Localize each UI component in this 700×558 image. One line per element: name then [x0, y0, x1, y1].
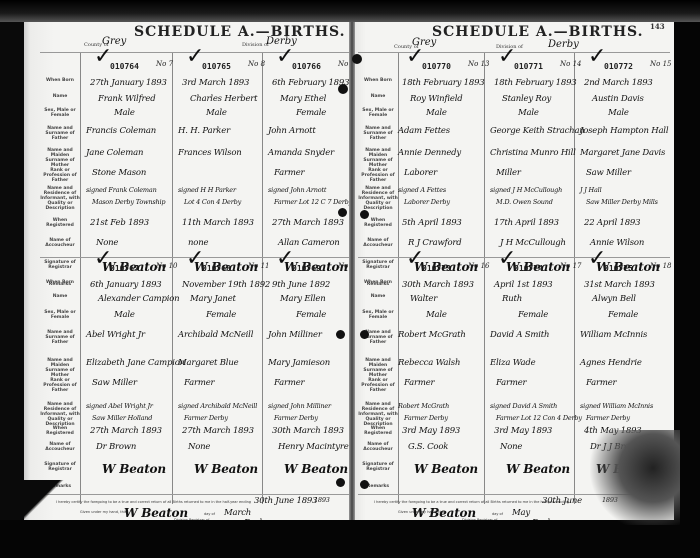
row-label: Rank or Profession of Father [40, 168, 80, 183]
father-name: Abel Wright Jr [86, 330, 145, 340]
registration-number: 010775 [604, 264, 633, 273]
informant-line-2: Farmer Lot 12 Con 4 Derby [496, 414, 582, 422]
father-rank: Laborer [404, 168, 437, 178]
row-label: Sex, Male or Female [40, 108, 80, 118]
father-rank: Miller [496, 168, 521, 178]
entry-number: No 16 [468, 262, 489, 270]
registrar-signature: W Beaton [414, 462, 478, 476]
certification-text: I hereby certify the foregoing to be a t… [56, 500, 251, 504]
father-rank: Stone Mason [92, 168, 146, 178]
father-rank: Farmer [274, 168, 304, 178]
child-sex: Female [518, 310, 548, 320]
informant-line-1: signed Archibald McNeill [178, 402, 257, 410]
row-label: Name and Surname of Father [358, 126, 398, 141]
entry-number: No 11 [248, 262, 269, 270]
when-born: April 1st 1893 [494, 280, 553, 290]
informant-line-2: Farmer Lot 12 C 7 Derby [274, 198, 352, 206]
date-registered: 5th April 1893 [402, 218, 462, 228]
father-name: Joseph Hampton Hall [580, 126, 668, 136]
informant-line-2: Mason Derby Township [92, 198, 165, 206]
registration-number: 010773 [422, 264, 451, 273]
informant-line-2: Saw Miller Derby Mills [586, 198, 658, 206]
child-sex: Female [296, 310, 326, 320]
date-registered: 22 April 1893 [584, 218, 640, 228]
accoucheur: G.S. Cook [408, 442, 448, 452]
father-rank: Farmer [184, 378, 214, 388]
entry-number: No 14 [560, 60, 581, 68]
informant-line-1: J J Hall [580, 186, 601, 194]
father-rank: Saw Miller [586, 168, 631, 178]
row-label: When Registered [358, 218, 398, 228]
child-name: Alexander Campion [98, 294, 179, 304]
row-label: When Registered [40, 218, 80, 228]
child-sex: Male [114, 310, 135, 320]
right-division-value: Derby [548, 39, 579, 50]
child-sex: Male [608, 108, 629, 118]
child-sex: Male [426, 108, 447, 118]
column-rule [398, 52, 399, 504]
row-rule [40, 494, 352, 495]
row-label: When Registered [358, 426, 398, 436]
informant-line-1: signed J H McCullough [490, 186, 562, 194]
father-rank: Farmer [586, 378, 616, 388]
registration-number: 010771 [514, 62, 543, 71]
column-rule [262, 52, 263, 504]
entry-number: No 10 [156, 262, 177, 270]
father-name: George Keith Strachan [490, 126, 585, 136]
when-born: 6th January 1893 [90, 280, 162, 290]
ink-blot [336, 330, 345, 339]
row-label: Name and Maiden Surname of Mother [358, 148, 398, 168]
mother-name: Mary Jamieson [268, 358, 330, 368]
row-label: Rank or Profession of Father [40, 378, 80, 393]
row-label: Name and Maiden Surname of Mother [40, 358, 80, 378]
row-label: When Born [358, 78, 398, 83]
father-rank: Farmer [404, 378, 434, 388]
ink-blot [336, 478, 345, 487]
when-born: 27th January 1893 [90, 78, 167, 88]
row-label: Name [358, 294, 398, 299]
left-division-label: Division of [242, 42, 269, 48]
row-label: Name and Residence of Informant, with Qu… [358, 186, 398, 211]
entry-number: No 18 [650, 262, 671, 270]
child-name: Mary Janet [190, 294, 236, 304]
when-born: 18th February 1893 [402, 78, 485, 88]
certification-year: 1893 [314, 496, 330, 504]
date-registered: 11th March 1893 [182, 218, 254, 228]
father-name: Robert McGrath [398, 330, 466, 340]
informant-line-1: signed A Fettes [398, 186, 446, 194]
row-label: Name and Residence of Informant, with Qu… [40, 402, 80, 427]
certification-day: March [224, 508, 251, 518]
certification-given: Given under my hand, this [80, 510, 127, 514]
mother-name: Frances Wilson [178, 148, 242, 158]
registration-number: 010772 [604, 62, 633, 71]
row-label: When Born [40, 78, 80, 83]
child-sex: Female [296, 108, 326, 118]
child-name: Ruth [502, 294, 522, 304]
child-name: Walter [410, 294, 437, 304]
row-label: Signature of Registrar [358, 462, 398, 472]
child-sex: Male [518, 108, 539, 118]
accoucheur: None [500, 442, 522, 452]
father-name: Adam Fettes [398, 126, 450, 136]
registrar-signature: W Beaton [102, 462, 166, 476]
when-born: November 19th 1892 [182, 280, 270, 290]
father-rank: Farmer [496, 378, 526, 388]
row-label: Name and Residence of Informant, with Qu… [40, 186, 80, 211]
date-registered: 3rd May 1893 [402, 426, 460, 436]
date-registered: 30th March 1893 [272, 426, 344, 436]
accoucheur: Dr Brown [96, 442, 136, 452]
certification-date: 30th June 1893 [254, 496, 317, 506]
scan-border-top [0, 0, 700, 22]
row-label: Signature of Registrar [40, 462, 80, 472]
ink-blot [360, 210, 369, 219]
left-page: SCHEDULE A.—BIRTHS. County of Grey Divis… [24, 22, 352, 520]
row-label: Name and Maiden Surname of Mother [40, 148, 80, 168]
when-born: 31st March 1893 [584, 280, 655, 290]
registration-number: 010768 [202, 264, 231, 273]
day-of-label: day of [492, 512, 503, 516]
mother-name: Margaret Jane Davis [580, 148, 665, 158]
row-label: Signature of Registrar [358, 260, 398, 270]
informant-line-2: Farmer Derby [184, 414, 228, 422]
column-rule [172, 52, 173, 504]
row-label: Name [40, 294, 80, 299]
date-registered: 17th April 1893 [494, 218, 559, 228]
informant-line-2: M.D. Owen Sound [496, 198, 553, 206]
informant-line-2: Farmer Derby [586, 414, 630, 422]
father-name: William McInnis [580, 330, 647, 340]
row-label: When Registered [40, 426, 80, 436]
date-registered: 27th March 1893 [272, 218, 344, 228]
registration-number: 010774 [514, 264, 543, 273]
row-label: Signature of Registrar [40, 260, 80, 270]
accoucheur: Henry Macintyre [278, 442, 349, 452]
row-label: Name [40, 94, 80, 99]
mother-name: Annie Dennedy [398, 148, 461, 158]
page-fold-shadow [24, 480, 64, 520]
row-label: Name and Maiden Surname of Mother [358, 358, 398, 378]
when-born: 3rd March 1893 [182, 78, 249, 88]
registrar-signature: W Beaton [506, 462, 570, 476]
child-name: Roy Winfield [410, 94, 462, 104]
mother-name: Agnes Hendrie [580, 358, 642, 368]
registration-number: 010767 [110, 264, 139, 273]
when-born: 18th February 1893 [494, 78, 577, 88]
row-label: Name of Accoucheur [40, 238, 80, 248]
row-label: Name of Accoucheur [40, 442, 80, 452]
ink-blot [360, 330, 369, 339]
row-label: When Born [358, 280, 398, 285]
registration-number: 010770 [422, 62, 451, 71]
right-page-title: SCHEDULE A.—BIRTHS. [432, 24, 644, 40]
father-name: David A Smith [490, 330, 549, 340]
mother-name: Elizabeth Jane Campion [86, 358, 185, 368]
father-rank: Farmer [274, 378, 304, 388]
row-label: Name and Surname of Father [40, 126, 80, 141]
certification-date: 30th June [542, 496, 582, 506]
row-label: Name of Accoucheur [358, 238, 398, 248]
registration-number: 010764 [110, 62, 139, 71]
date-registered: 27th March 1893 [90, 426, 162, 436]
ink-blot [360, 480, 369, 489]
row-label: Rank or Profession of Father [358, 168, 398, 183]
registrar-signature: W Beaton [194, 462, 258, 476]
father-name: H. H. Parker [178, 126, 230, 136]
when-born: 30th March 1893 [402, 280, 474, 290]
registration-number: 010766 [292, 62, 321, 71]
row-label: Rank or Profession of Father [358, 378, 398, 393]
mother-name: Eliza Wade [490, 358, 535, 368]
row-label: Name and Surname of Father [40, 330, 80, 345]
column-rule [574, 52, 575, 504]
row-label: Name and Residence of Informant, with Qu… [358, 402, 398, 427]
certification-day: May [512, 508, 530, 518]
when-born: 9th June 1892 [272, 280, 330, 290]
informant-line-1: signed John Milliner [268, 402, 331, 410]
informant-line-1: signed John Arnott [268, 186, 326, 194]
date-registered: 27th March 1893 [182, 426, 254, 436]
informant-line-1: signed H H Parker [178, 186, 236, 194]
child-sex: Male [114, 108, 135, 118]
mother-name: Jane Coleman [86, 148, 143, 158]
entry-number: No 13 [468, 60, 489, 68]
child-name: Frank Wilfred [98, 94, 155, 104]
certification-text: I hereby certify the foregoing to be a t… [374, 500, 569, 504]
informant-line-1: signed Frank Coleman [86, 186, 157, 194]
child-sex: Female [608, 310, 638, 320]
date-registered: 21st Feb 1893 [90, 218, 149, 228]
accoucheur: None [188, 442, 210, 452]
registration-number: 010769 [292, 264, 321, 273]
when-born: 2nd March 1893 [584, 78, 653, 88]
date-registered: 3rd May 1893 [494, 426, 552, 436]
father-name: John Milliner [268, 330, 322, 340]
entry-number: No 8 [248, 60, 265, 68]
child-name: Austin Davis [592, 94, 644, 104]
father-name: John Arnott [268, 126, 316, 136]
entry-number: No 7 [156, 60, 173, 68]
informant-line-2: Laborer Derby [404, 198, 450, 206]
left-page-title: SCHEDULE A.—BIRTHS. [134, 24, 346, 40]
page-shadow [590, 430, 680, 525]
mother-name: Christina Munro Hill [490, 148, 576, 158]
child-sex: Male [426, 310, 447, 320]
ink-blot [338, 84, 348, 94]
page-gutter [349, 22, 355, 520]
row-label: When Born [40, 280, 80, 285]
child-name: Mary Ellen [280, 294, 326, 304]
child-name: Mary Ethel [280, 94, 326, 104]
informant-line-2: Farmer Derby [404, 414, 448, 422]
registrar-signature: W Beaton [284, 462, 348, 476]
father-rank: Saw Miller [92, 378, 137, 388]
row-label: Name [358, 94, 398, 99]
informant-line-2: Farmer Derby [274, 414, 318, 422]
scan-border-bottom [0, 520, 700, 558]
row-label: Name of Accoucheur [358, 442, 398, 452]
row-label: Sex, Male or Female [40, 310, 80, 320]
child-name: Alwyn Bell [592, 294, 636, 304]
informant-line-1: signed David A Smith [490, 402, 557, 410]
child-sex: Male [206, 108, 227, 118]
mother-name: Amanda Snyder [268, 148, 334, 158]
mother-name: Margaret Blue [178, 358, 238, 368]
ink-blot [352, 54, 362, 64]
column-rule [80, 52, 81, 504]
row-label: Sex, Male or Female [358, 108, 398, 118]
father-name: Archibald McNeill [178, 330, 253, 340]
informant-line-1: signed Abel Wright Jr [86, 402, 153, 410]
mother-name: Rebecca Walsh [398, 358, 460, 368]
informant-line-2: Lot 4 Con 4 Derby [184, 198, 241, 206]
ink-blot [338, 208, 347, 217]
day-of-label: day of [204, 512, 215, 516]
father-name: Francis Coleman [86, 126, 156, 136]
column-rule [484, 52, 485, 504]
child-sex: Female [206, 310, 236, 320]
entry-number: No 15 [650, 60, 671, 68]
entry-number: No 17 [560, 262, 581, 270]
informant-line-1: signed William McInnis [580, 402, 653, 410]
registration-number: 010765 [202, 62, 231, 71]
page-number: 143 [650, 22, 665, 31]
child-name: Charles Herbert [190, 94, 257, 104]
child-name: Stanley Roy [502, 94, 551, 104]
informant-line-1: Robert McGrath [398, 402, 449, 410]
row-label: Sex, Male or Female [358, 310, 398, 320]
informant-line-2: Saw Miller Holland [92, 414, 152, 422]
